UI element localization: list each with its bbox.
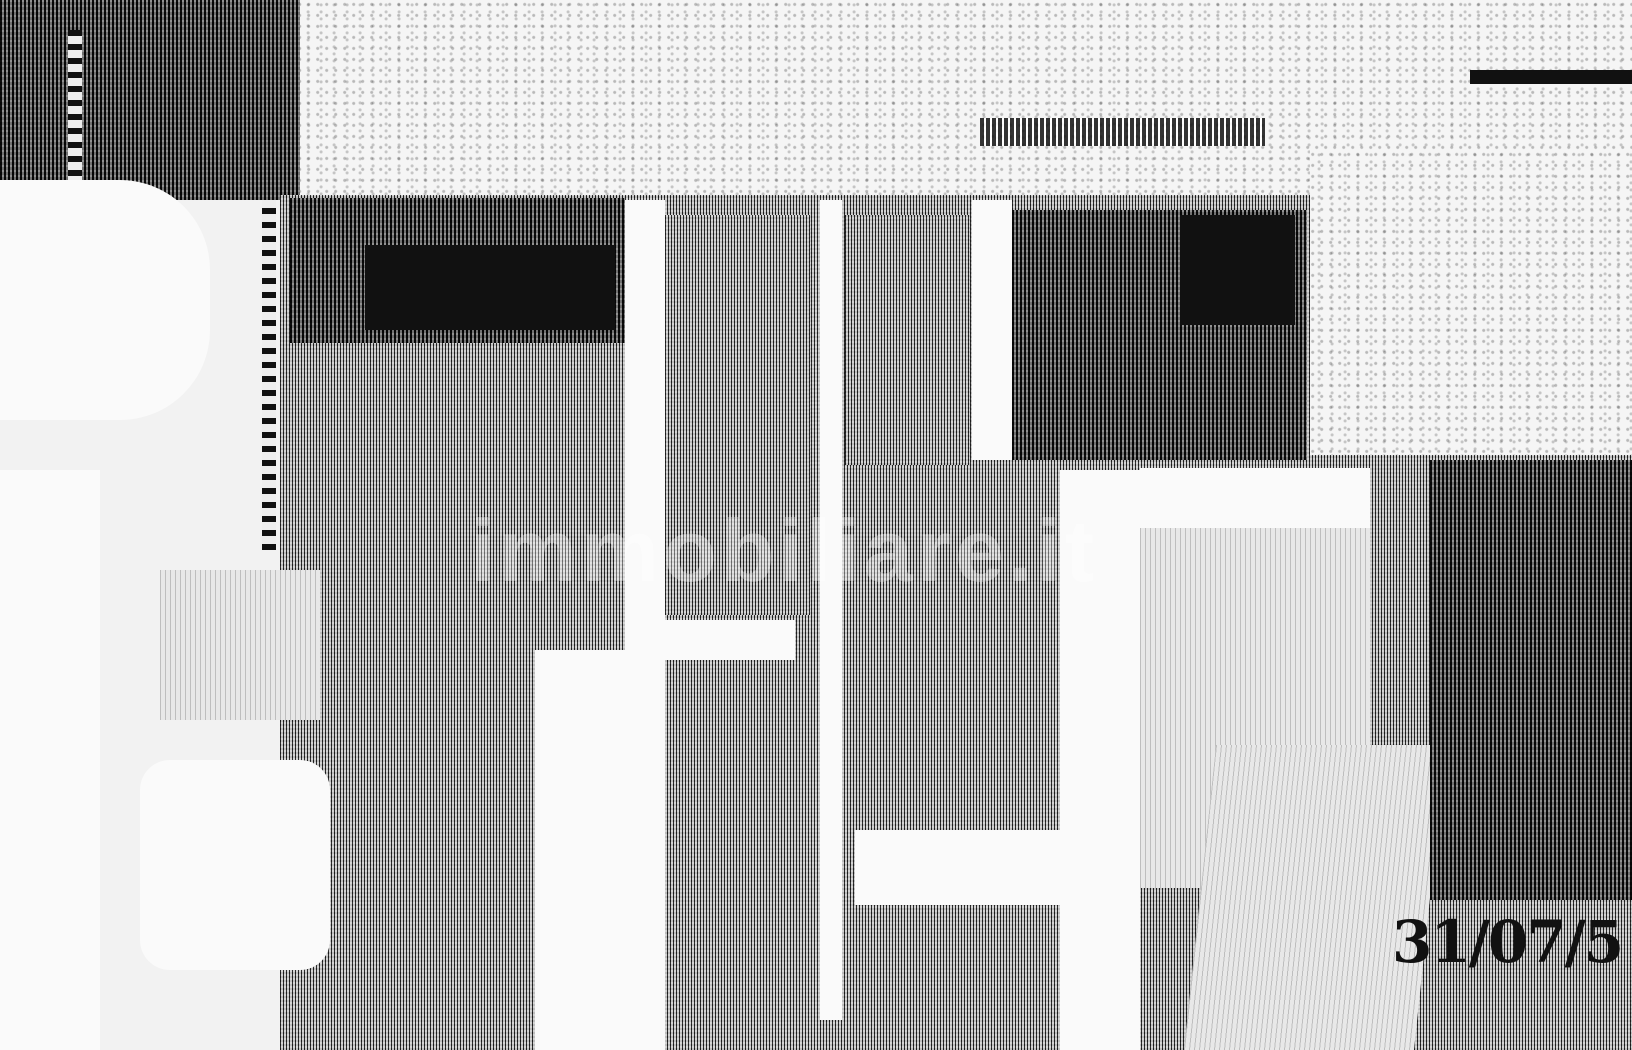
wall-label [980, 118, 1265, 146]
cabinet-4-shadow [1180, 215, 1295, 325]
shelf-board [665, 620, 795, 660]
wall-fixture [1470, 70, 1632, 84]
date-stamp: 31/07/5 [1392, 908, 1622, 976]
center-box [535, 650, 665, 1050]
left-shelf-post [262, 200, 276, 550]
photo-scene: immobiliare.it 31/07/5 [0, 0, 1632, 1050]
floor-right [1430, 460, 1632, 900]
basket [1184, 745, 1446, 1050]
right-box-top [1140, 468, 1370, 528]
watermark: immobiliare.it [470, 500, 1098, 602]
wall-gap [972, 200, 1012, 460]
cabinet-3 [845, 215, 970, 465]
crate [160, 570, 320, 720]
upper-left-shelf [0, 0, 300, 200]
shelf-post [68, 30, 82, 190]
right-upper-wall [1310, 150, 1632, 455]
cabinet-1-opening [365, 245, 615, 330]
left-lower-panel [0, 470, 100, 1050]
left-white-object [0, 180, 210, 420]
jug [140, 760, 330, 970]
pole [820, 200, 842, 1020]
horizontal-board [855, 830, 1060, 905]
